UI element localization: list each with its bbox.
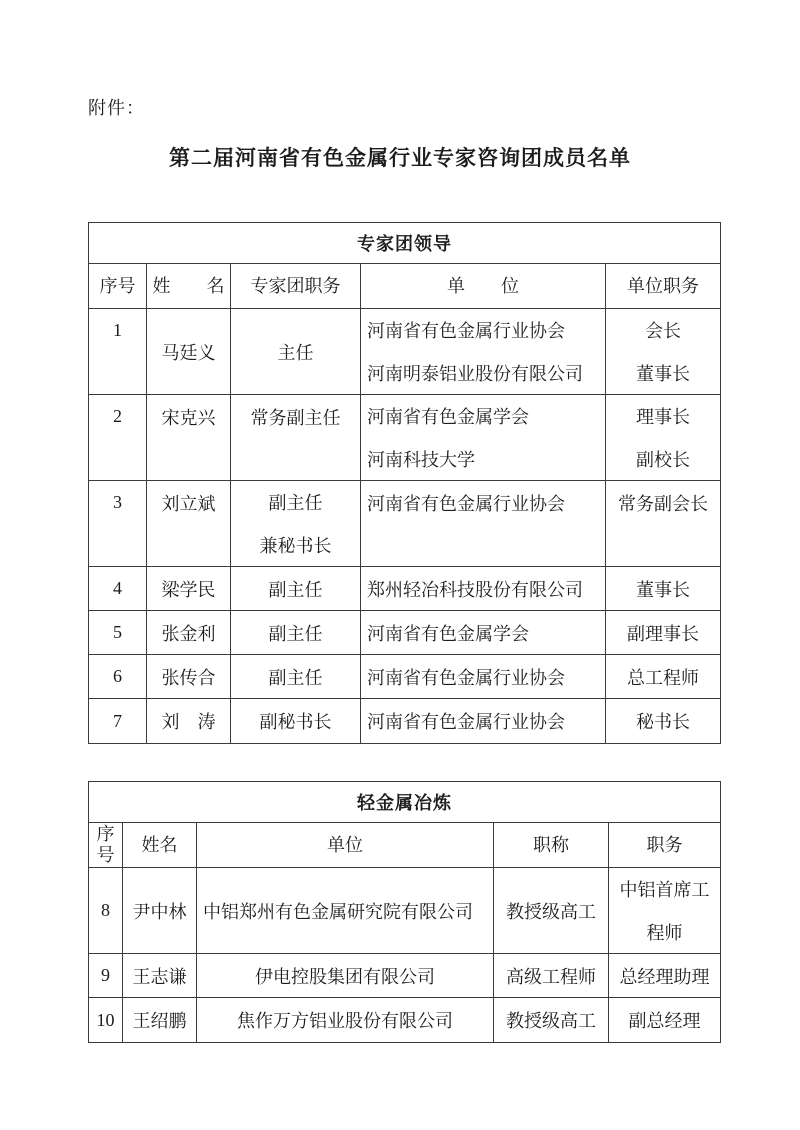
cell-line: 河南省有色金属行业协会 [361, 700, 605, 743]
header-cell-group-position: 专家团职务 [231, 264, 361, 308]
cell-line: 宋克兴 [147, 395, 230, 438]
cell-line: 董事长 [606, 352, 720, 395]
table-cell: 副主任 [231, 655, 361, 698]
table-cell: 王志谦 [123, 954, 197, 997]
cell-line: 5 [89, 611, 146, 654]
cell-line: 常务副主任 [231, 395, 360, 438]
table-cell: 王绍鹏 [123, 998, 197, 1042]
cell-line: 董事长 [606, 567, 720, 610]
table-cell: 副主任 [231, 611, 361, 654]
cell-line: 河南省有色金属行业协会 [361, 655, 605, 698]
cell-line: 马廷义 [147, 330, 230, 373]
table-cell: 副秘书长 [231, 699, 361, 743]
header-cell-unit: 单 位 [361, 264, 606, 308]
table-cell: 河南省有色金属行业协会 [361, 481, 606, 566]
cell-line: 理事长 [606, 395, 720, 438]
table-cell: 刘 涛 [147, 699, 231, 743]
table-title: 专家团领导 [89, 223, 720, 264]
table-row: 1马廷义主任河南省有色金属行业协会河南明泰铝业股份有限公司会长董事长 [89, 309, 720, 395]
table-cell: 梁学民 [147, 567, 231, 610]
cell-line: 7 [89, 700, 146, 743]
table-row: 3刘立斌副主任兼秘书长河南省有色金属行业协会常务副会长 [89, 481, 720, 567]
table-cell: 伊电控股集团有限公司 [197, 954, 494, 997]
header-cell-seq: 序 号 [89, 823, 123, 867]
table-cell: 河南省有色金属学会河南科技大学 [361, 395, 606, 480]
cell-line: 9 [89, 954, 122, 997]
cell-line: 王志谦 [123, 954, 196, 997]
cell-line: 10 [89, 999, 122, 1042]
table-row: 10王绍鹏焦作万方铝业股份有限公司教授级高工副总经理 [89, 998, 720, 1042]
cell-line: 1 [89, 309, 146, 352]
cell-line: 刘立斌 [147, 481, 230, 524]
table-cell: 教授级高工 [494, 998, 609, 1042]
cell-line: 尹中林 [123, 889, 196, 932]
table-cell: 6 [89, 655, 147, 698]
header-cell-name: 姓名 [123, 823, 197, 867]
cell-line: 河南明泰铝业股份有限公司 [361, 352, 605, 395]
table-cell: 教授级高工 [494, 868, 609, 953]
table-cell: 张传合 [147, 655, 231, 698]
table-cell: 3 [89, 481, 147, 566]
cell-line: 焦作万方铝业股份有限公司 [197, 999, 493, 1042]
table-cell: 10 [89, 998, 123, 1042]
cell-line: 副秘书长 [231, 700, 360, 743]
cell-line: 3 [89, 481, 146, 524]
table-cell: 河南省有色金属行业协会 [361, 699, 606, 743]
table-row: 6张传合副主任河南省有色金属行业协会总工程师 [89, 655, 720, 699]
cell-line: 教授级高工 [494, 999, 608, 1042]
light-metal-table: 轻金属冶炼 序 号 姓名 单位 职称 职务 8尹中林中铝郑州有色金属研究院有限公… [88, 781, 721, 1043]
cell-line: 王绍鹏 [123, 999, 196, 1042]
table-cell: 总工程师 [606, 655, 720, 698]
table-cell: 中铝郑州有色金属研究院有限公司 [197, 868, 494, 953]
header-cell-name: 姓 名 [147, 264, 231, 308]
cell-line: 6 [89, 655, 146, 698]
cell-line: 4 [89, 567, 146, 610]
cell-line: 中铝首席工 [609, 868, 720, 911]
cell-line: 常务副会长 [606, 481, 720, 524]
cell-line: 张传合 [147, 655, 230, 698]
table-cell: 总经理助理 [609, 954, 720, 997]
cell-line: 刘 涛 [147, 700, 230, 743]
cell-line: 河南省有色金属学会 [361, 395, 605, 438]
table-cell: 马廷义 [147, 309, 231, 394]
table-row: 7刘 涛副秘书长河南省有色金属行业协会秘书长 [89, 699, 720, 743]
table-row: 5张金利副主任河南省有色金属学会副理事长 [89, 611, 720, 655]
cell-line: 副理事长 [606, 611, 720, 654]
table-cell: 副主任兼秘书长 [231, 481, 361, 566]
table-cell: 4 [89, 567, 147, 610]
cell-line: 副校长 [606, 438, 720, 481]
table-cell: 张金利 [147, 611, 231, 654]
table-cell: 秘书长 [606, 699, 720, 743]
cell-line: 总工程师 [606, 655, 720, 698]
cell-line: 伊电控股集团有限公司 [197, 954, 493, 997]
header-cell-unit-position: 单位职务 [606, 264, 720, 308]
table-cell: 常务副会长 [606, 481, 720, 566]
cell-line: 河南省有色金属行业协会 [361, 481, 605, 524]
table-cell: 1 [89, 309, 147, 394]
table-cell: 河南省有色金属行业协会 [361, 655, 606, 698]
table-cell: 副主任 [231, 567, 361, 610]
cell-line: 副主任 [231, 481, 360, 524]
cell-line: 8 [89, 889, 122, 932]
header-cell-unit: 单位 [197, 823, 494, 867]
table-cell: 董事长 [606, 567, 720, 610]
table-cell: 高级工程师 [494, 954, 609, 997]
table-cell: 郑州轻冶科技股份有限公司 [361, 567, 606, 610]
cell-line: 主任 [231, 330, 360, 373]
attachment-label: 附件： [88, 94, 145, 120]
table-cell: 8 [89, 868, 123, 953]
cell-line: 高级工程师 [494, 954, 608, 997]
cell-line: 兼秘书长 [231, 524, 360, 567]
header-row: 序 号 姓名 单位 职称 职务 [89, 823, 720, 868]
table-cell: 9 [89, 954, 123, 997]
cell-line: 副主任 [231, 567, 360, 610]
table-cell: 主任 [231, 309, 361, 394]
cell-line: 梁学民 [147, 567, 230, 610]
table-cell: 焦作万方铝业股份有限公司 [197, 998, 494, 1042]
cell-line: 河南省有色金属行业协会 [361, 309, 605, 352]
leaders-table-body: 1马廷义主任河南省有色金属行业协会河南明泰铝业股份有限公司会长董事长2宋克兴常务… [89, 309, 720, 743]
header-cell-title: 职称 [494, 823, 609, 867]
table-title: 轻金属冶炼 [89, 782, 720, 823]
table-cell: 常务副主任 [231, 395, 361, 480]
table-cell: 会长董事长 [606, 309, 720, 394]
cell-line: 会长 [606, 309, 720, 352]
cell-line: 河南科技大学 [361, 438, 605, 481]
cell-line: 副总经理 [609, 999, 720, 1042]
table-cell: 副理事长 [606, 611, 720, 654]
table-cell: 宋克兴 [147, 395, 231, 480]
table-cell: 5 [89, 611, 147, 654]
table-row: 9王志谦伊电控股集团有限公司高级工程师总经理助理 [89, 954, 720, 998]
table-cell: 7 [89, 699, 147, 743]
table-cell: 理事长副校长 [606, 395, 720, 480]
table-cell: 副总经理 [609, 998, 720, 1042]
table-cell: 刘立斌 [147, 481, 231, 566]
header-cell-seq: 序号 [89, 264, 147, 308]
cell-line: 郑州轻冶科技股份有限公司 [361, 567, 605, 610]
cell-line: 张金利 [147, 611, 230, 654]
cell-line: 副主任 [231, 611, 360, 654]
table-cell: 中铝首席工程师 [609, 868, 720, 953]
leaders-table: 专家团领导 序号 姓 名 专家团职务 单 位 单位职务 1马廷义主任河南省有色金… [88, 222, 721, 744]
document-title: 第二届河南省有色金属行业专家咨询团成员名单 [0, 142, 800, 172]
table-cell: 2 [89, 395, 147, 480]
cell-line: 秘书长 [606, 700, 720, 743]
table-cell: 河南省有色金属行业协会河南明泰铝业股份有限公司 [361, 309, 606, 394]
cell-line: 河南省有色金属学会 [361, 611, 605, 654]
cell-line: 程师 [609, 911, 720, 954]
table-row: 2宋克兴常务副主任河南省有色金属学会河南科技大学理事长副校长 [89, 395, 720, 481]
light-metal-table-body: 8尹中林中铝郑州有色金属研究院有限公司教授级高工中铝首席工程师9王志谦伊电控股集… [89, 868, 720, 1042]
table-cell: 河南省有色金属学会 [361, 611, 606, 654]
cell-line: 2 [89, 395, 146, 438]
cell-line: 总经理助理 [609, 954, 720, 997]
table-row: 4梁学民副主任郑州轻冶科技股份有限公司董事长 [89, 567, 720, 611]
cell-line: 中铝郑州有色金属研究院有限公司 [197, 889, 493, 932]
header-row: 序号 姓 名 专家团职务 单 位 单位职务 [89, 264, 720, 309]
table-row: 8尹中林中铝郑州有色金属研究院有限公司教授级高工中铝首席工程师 [89, 868, 720, 954]
cell-line: 副主任 [231, 655, 360, 698]
cell-line: 教授级高工 [494, 889, 608, 932]
header-cell-position: 职务 [609, 823, 720, 867]
document-page: 附件： 第二届河南省有色金属行业专家咨询团成员名单 专家团领导 序号 姓 名 专… [0, 0, 800, 1130]
table-cell: 尹中林 [123, 868, 197, 953]
